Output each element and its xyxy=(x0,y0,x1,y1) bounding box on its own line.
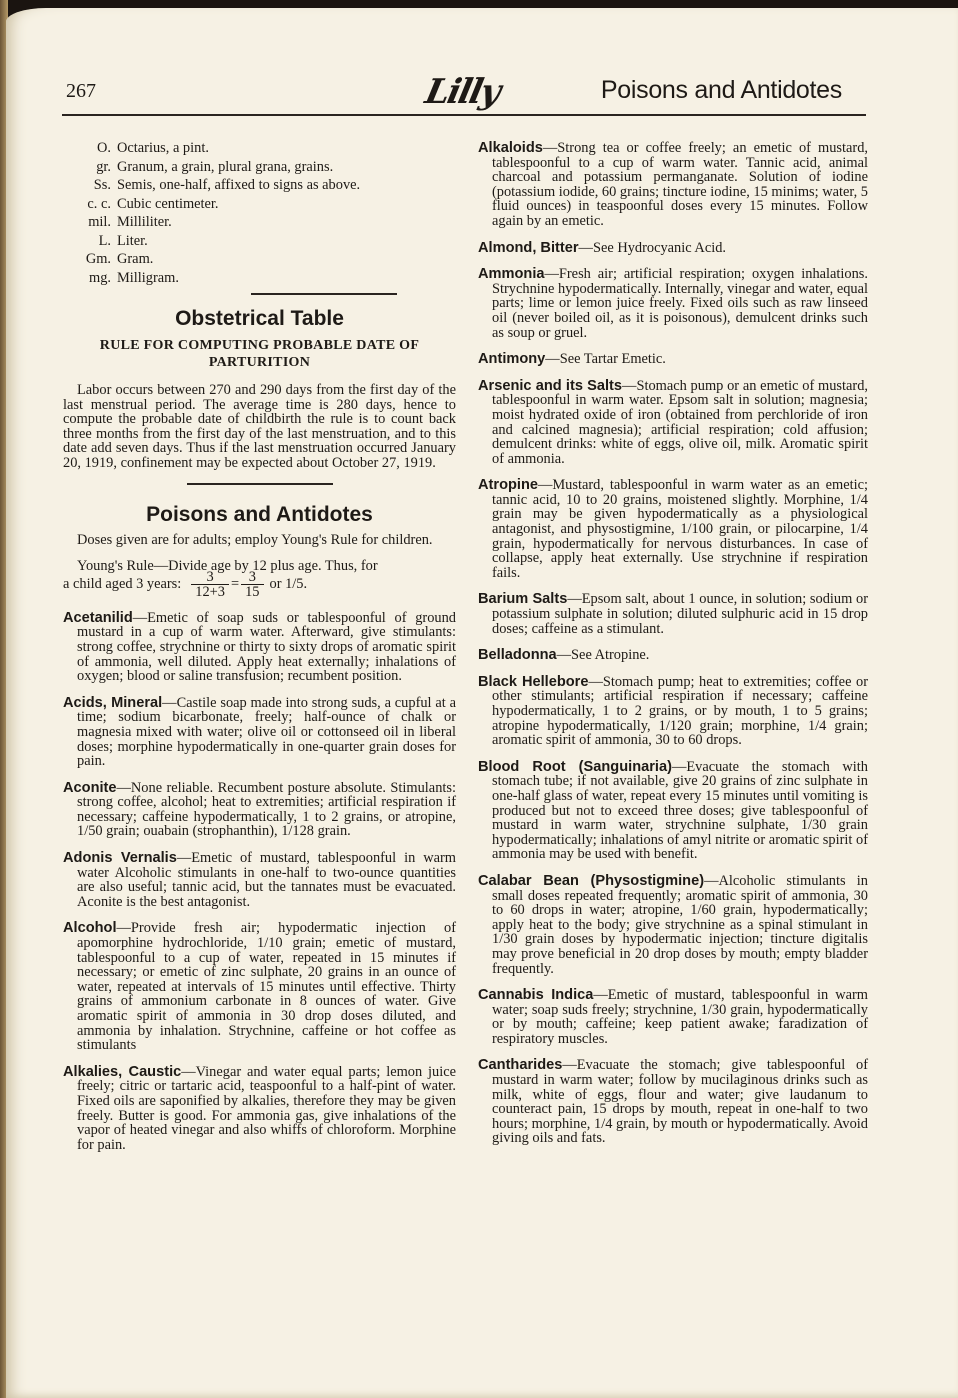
abbreviation-meaning: Milligram. xyxy=(117,271,179,286)
abbreviation-meaning: Granum, a grain, plural grana, grains. xyxy=(117,160,333,175)
antidote-text: —None reliable. Recumbent posture absolu… xyxy=(77,780,456,840)
poison-entry: Cantharides—Evacuate the stomach; give t… xyxy=(478,1058,868,1146)
abbreviation-meaning: Liter. xyxy=(117,234,148,249)
abbreviation-key: Gm. xyxy=(63,252,117,267)
poison-entry: Calabar Bean (Physostigmine)—Alcoholic s… xyxy=(478,874,868,976)
abbreviation-key: L. xyxy=(63,234,117,249)
poison-entry: Cannabis Indica—Emetic of mustard, table… xyxy=(478,988,868,1046)
poison-name: Acetanilid xyxy=(63,610,133,626)
obstetrical-body: Labor occurs between 270 and 290 days fr… xyxy=(63,383,456,471)
poison-entry: Black Hellebore—Stomach pump; heat to ex… xyxy=(478,675,868,748)
running-title: Poisons and Antidotes xyxy=(601,76,842,105)
abbreviation-row: O.Octarius, a pint. xyxy=(63,141,456,160)
poison-name: Acids, Mineral xyxy=(63,695,162,711)
poison-name: Blood Root (Sanguinaria) xyxy=(478,759,672,775)
abbreviation-meaning: Milliliter. xyxy=(117,215,172,230)
poison-name: Ammonia xyxy=(478,266,545,282)
poisons-intro: Doses given are for adults; employ Young… xyxy=(63,533,456,548)
left-column: O.Octarius, a pint.gr.Granum, a grain, p… xyxy=(63,141,456,1164)
poison-entry: Antimony—See Tartar Emetic. xyxy=(478,352,868,367)
abbreviation-meaning: Semis, one-half, affixed to signs as abo… xyxy=(117,178,360,193)
abbreviation-key: mil. xyxy=(63,215,117,230)
abbreviation-key: O. xyxy=(63,141,117,156)
abbreviation-list: O.Octarius, a pint.gr.Granum, a grain, p… xyxy=(63,141,456,289)
poison-name: Black Hellebore xyxy=(478,674,588,690)
obstetrical-title: Obstetrical Table xyxy=(63,307,456,331)
abbreviation-row: gr.Granum, a grain, plural grana, grains… xyxy=(63,160,456,179)
poisons-title: Poisons and Antidotes xyxy=(63,503,456,527)
poison-entry: Acids, Mineral—Castile soap made into st… xyxy=(63,696,456,769)
poison-entry: Alcohol—Provide fresh air; hypodermatic … xyxy=(63,921,456,1052)
fraction: 3 12+3 xyxy=(191,570,229,599)
poison-name: Cannabis Indica xyxy=(478,987,593,1003)
abbreviation-row: Ss.Semis, one-half, affixed to signs as … xyxy=(63,178,456,197)
poison-entry: Atropine—Mustard, tablespoonful in warm … xyxy=(478,478,868,580)
antidote-text: —Alcoholic stimulants in small doses rep… xyxy=(492,873,868,977)
antidote-text: —See Tartar Emetic. xyxy=(545,351,666,367)
abbreviation-meaning: Cubic centimeter. xyxy=(117,197,219,212)
example-suffix: or 1/5. xyxy=(270,577,308,592)
abbreviation-meaning: Octarius, a pint. xyxy=(117,141,209,156)
antidote-text: —See Hydrocyanic Acid. xyxy=(579,240,726,256)
poison-name: Belladonna xyxy=(478,647,557,663)
lilly-logo: Lilly xyxy=(422,72,503,112)
poison-entry: Adonis Vernalis—Emetic of mustard, table… xyxy=(63,851,456,909)
abbreviation-row: Gm.Gram. xyxy=(63,252,456,271)
section-divider xyxy=(187,483,333,485)
page-number: 267 xyxy=(66,80,96,103)
poison-name: Cantharides xyxy=(478,1057,562,1073)
poison-name: Alkalies, Caustic xyxy=(63,1064,181,1080)
poison-entry: Arsenic and its Salts—Stomach pump or an… xyxy=(478,379,868,467)
youngs-rule-example: a child aged 3 years: 3 12+3 = 3 15 or 1… xyxy=(63,570,456,599)
poison-entries-left: Acetanilid—Emetic of soap suds or tables… xyxy=(63,611,456,1153)
poison-name: Barium Salts xyxy=(478,591,567,607)
abbreviation-row: mil.Milliliter. xyxy=(63,215,456,234)
abbreviation-key: Ss. xyxy=(63,178,117,193)
poison-name: Arsenic and its Salts xyxy=(478,378,622,394)
poison-entry: Blood Root (Sanguinaria)—Evacuate the st… xyxy=(478,760,868,862)
antidote-text: —Strong tea or coffee freely; an emetic … xyxy=(492,140,868,229)
antidote-text: —Mustard, tablespoonful in warm water as… xyxy=(492,477,868,581)
page-header: 267 Lilly Poisons and Antidotes xyxy=(62,72,866,116)
poison-entries-right: Alkaloids—Strong tea or coffee freely; a… xyxy=(478,141,868,1146)
abbreviation-key: gr. xyxy=(63,160,117,175)
poison-name: Atropine xyxy=(478,477,538,493)
antidote-text: —Fresh air; artificial respiration; oxyg… xyxy=(492,266,868,340)
antidote-text: —See Atropine. xyxy=(557,647,650,663)
abbreviation-row: mg.Milligram. xyxy=(63,271,456,290)
abbreviation-row: L.Liter. xyxy=(63,234,456,253)
poison-name: Adonis Vernalis xyxy=(63,850,177,866)
poison-name: Aconite xyxy=(63,780,117,796)
antidote-text: —Evacuate the stomach with stomach tube;… xyxy=(492,759,868,863)
poison-entry: Almond, Bitter—See Hydrocyanic Acid. xyxy=(478,241,868,256)
antidote-text: —Provide fresh air; hypodermatic injecti… xyxy=(77,920,456,1053)
poison-entry: Belladonna—See Atropine. xyxy=(478,648,868,663)
poison-entry: Alkalies, Caustic—Vinegar and water equa… xyxy=(63,1065,456,1153)
abbreviation-row: c. c.Cubic centimeter. xyxy=(63,197,456,216)
poison-entry: Alkaloids—Strong tea or coffee freely; a… xyxy=(478,141,868,229)
obstetrical-subtitle: RULE FOR COMPUTING PROBABLE DATE OF PART… xyxy=(63,337,456,371)
antidote-text: —Emetic of soap suds or tablespoonful of… xyxy=(77,610,456,684)
right-column: Alkaloids—Strong tea or coffee freely; a… xyxy=(478,141,868,1158)
poison-name: Alkaloids xyxy=(478,140,543,156)
abbreviation-key: c. c. xyxy=(63,197,117,212)
fraction: 3 15 xyxy=(241,570,263,599)
section-divider xyxy=(251,293,397,295)
poison-entry: Ammonia—Fresh air; artificial respiratio… xyxy=(478,267,868,340)
poison-name: Calabar Bean (Physostigmine) xyxy=(478,873,704,889)
poison-entry: Aconite—None reliable. Recumbent posture… xyxy=(63,781,456,839)
poison-name: Alcohol xyxy=(63,920,117,936)
poison-name: Antimony xyxy=(478,351,545,367)
poison-name: Almond, Bitter xyxy=(478,240,579,256)
abbreviation-key: mg. xyxy=(63,271,117,286)
abbreviation-meaning: Gram. xyxy=(117,252,153,267)
poison-entry: Acetanilid—Emetic of soap suds or tables… xyxy=(63,611,456,684)
poison-entry: Barium Salts—Epsom salt, about 1 ounce, … xyxy=(478,592,868,636)
example-prefix: a child aged 3 years: xyxy=(63,577,181,592)
